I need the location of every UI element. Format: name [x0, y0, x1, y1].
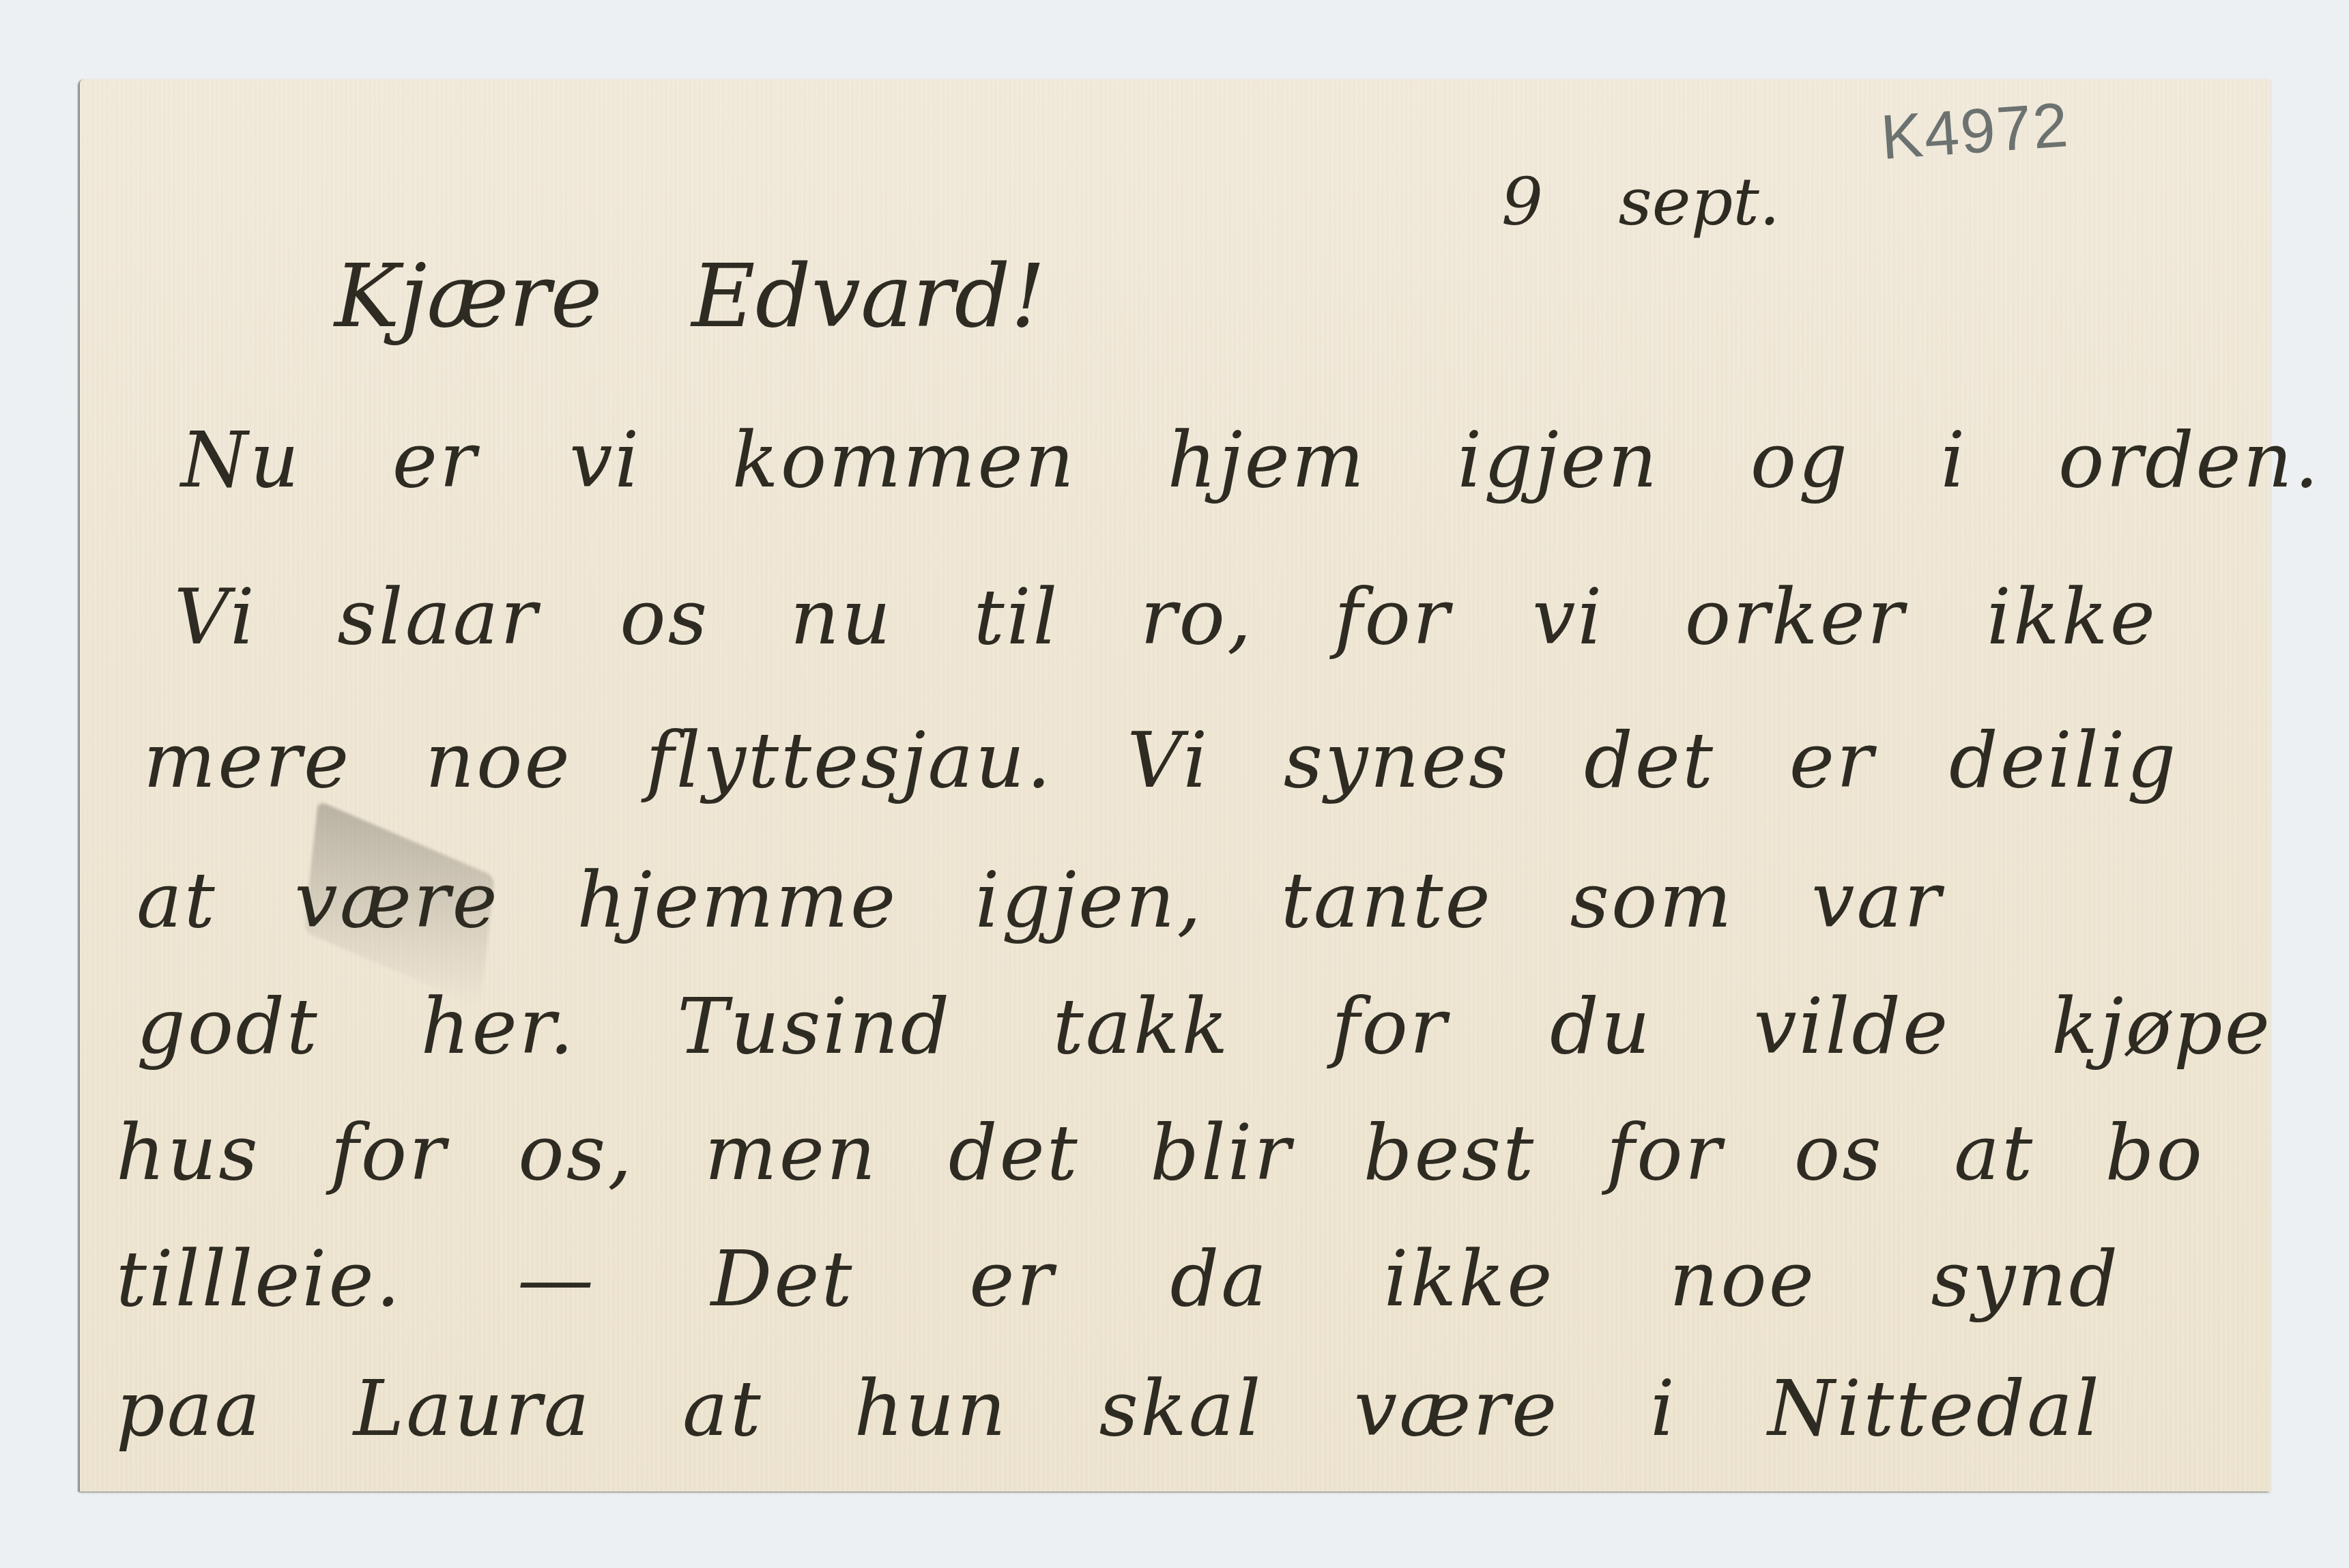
letter-date: 9 sept. [1501, 164, 1780, 240]
letter-line: paa Laura at hun skal være i Nittedal [116, 1365, 2101, 1453]
letter-line: mere noe flyttesjau. Vi synes det er dei… [143, 716, 2178, 805]
letter-line: Vi slaar os nu til ro, for vi orker ikke [174, 573, 2157, 662]
letter-line: hus for os, men det blir best for os at … [116, 1109, 2204, 1197]
archive-number: K4972 [1879, 89, 2072, 174]
salutation: Kjære Edvard! [334, 246, 1046, 347]
letter-line: godt her. Tusind takk for du vilde kjøpe [136, 983, 2272, 1071]
letter-line: at være hjemme igjen, tante som var [136, 856, 1943, 945]
letter-line: Nu er vi kommen hjem igjen og i orden. [181, 416, 2321, 505]
letter-line: tillleie. — Det er da ikke noe synd [116, 1235, 2120, 1324]
